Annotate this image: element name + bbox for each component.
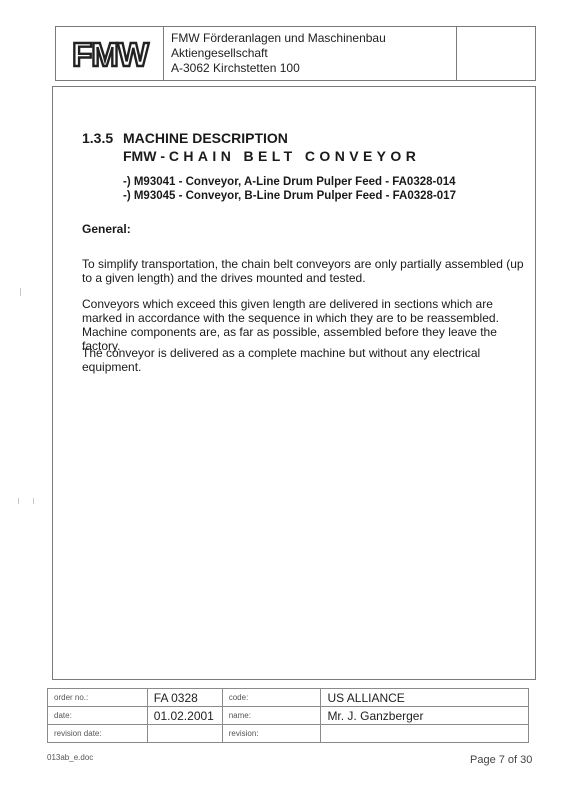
- paragraph: The conveyor is delivered as a complete …: [82, 346, 532, 374]
- revision-label: revision:: [222, 725, 321, 743]
- section-title: MACHINE DESCRIPTION: [123, 130, 288, 146]
- document-info-table: order no.: FA 0328 code: US ALLIANCE dat…: [47, 688, 529, 743]
- letterhead: FMW FMW Förderanlagen und Maschinenbau A…: [55, 26, 536, 81]
- name-value: Mr. J. Ganzberger: [321, 707, 529, 725]
- svg-text:FMW: FMW: [72, 38, 150, 70]
- revision-value: [321, 725, 529, 743]
- order-no-value: FA 0328: [147, 689, 222, 707]
- header-blank-cell: [457, 27, 536, 80]
- company-name: FMW Förderanlagen und Maschinenbau: [171, 31, 456, 46]
- scan-mark: [33, 498, 34, 504]
- company-logo: FMW: [56, 27, 164, 80]
- page-number: Page 7 of 30: [470, 754, 532, 766]
- fmw-logo-icon: FMW: [67, 38, 153, 70]
- paragraph: To simplify transportation, the chain be…: [82, 257, 532, 285]
- table-row: date: 01.02.2001 name: Mr. J. Ganzberger: [48, 707, 529, 725]
- code-value: US ALLIANCE: [321, 689, 529, 707]
- table-row: order no.: FA 0328 code: US ALLIANCE: [48, 689, 529, 707]
- company-type: Aktiengesellschaft: [171, 46, 456, 61]
- footer-filename: 013ab_e.doc: [47, 753, 93, 762]
- revision-date-label: revision date:: [48, 725, 148, 743]
- subtitle-prefix: FMW -: [123, 148, 169, 164]
- revision-date-value: [147, 725, 222, 743]
- paragraph: Conveyors which exceed this given length…: [82, 297, 532, 353]
- section-number: 1.3.5: [82, 130, 113, 146]
- scan-mark: [20, 288, 21, 296]
- scan-mark: [18, 498, 19, 504]
- date-label: date:: [48, 707, 148, 725]
- machine-list: -) M93041 - Conveyor, A-Line Drum Pulper…: [123, 175, 456, 203]
- code-label: code:: [222, 689, 321, 707]
- company-address: FMW Förderanlagen und Maschinenbau Aktie…: [164, 27, 457, 80]
- machine-item: -) M93045 - Conveyor, B-Line Drum Pulper…: [123, 189, 456, 203]
- section-subtitle: FMW - CHAIN BELT CONVEYOR: [123, 148, 420, 164]
- name-label: name:: [222, 707, 321, 725]
- machine-item: -) M93041 - Conveyor, A-Line Drum Pulper…: [123, 175, 456, 189]
- date-value: 01.02.2001: [147, 707, 222, 725]
- company-address-line: A-3062 Kirchstetten 100: [171, 61, 456, 76]
- general-heading: General:: [82, 222, 131, 236]
- subtitle-spaced: CHAIN BELT CONVEYOR: [169, 148, 420, 164]
- table-row: revision date: revision:: [48, 725, 529, 743]
- order-no-label: order no.:: [48, 689, 148, 707]
